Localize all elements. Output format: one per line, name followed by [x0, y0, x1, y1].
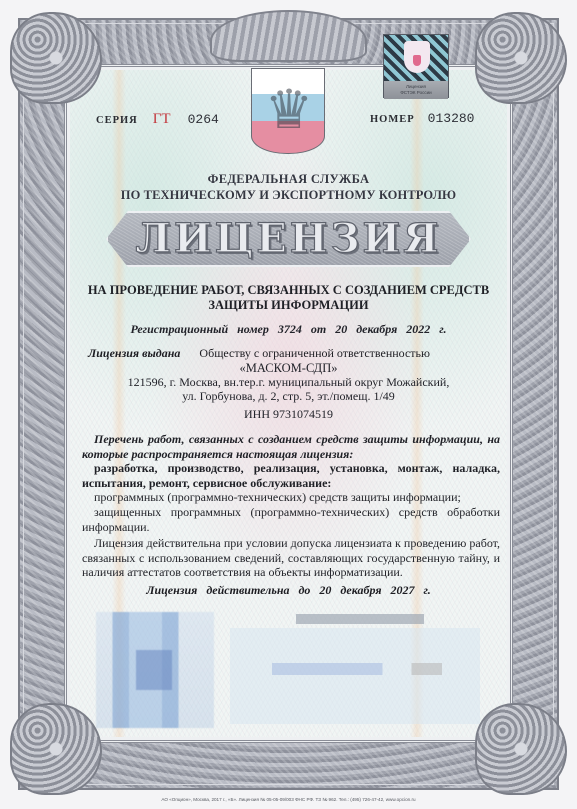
redacted-signatory-title [296, 614, 424, 624]
org-address-line2: ул. Горбунова, д. 2, стр. 5, эт./помещ. … [70, 389, 507, 404]
printer-imprint: АО «Опцион», Москва, 2017 г., «Б». Лицен… [0, 797, 577, 802]
fstec-emblem-icon [404, 41, 430, 73]
scope-item: защищенных программных (программно-техни… [82, 505, 500, 534]
hologram-caption: Лицензия ФСТЭК России [384, 81, 448, 99]
series-digits: 0264 [188, 112, 219, 127]
corner-ornament-icon [475, 12, 567, 104]
valid-until: Лицензия действительна до 20 декабря 202… [70, 583, 507, 598]
hologram-sticker: Лицензия ФСТЭК России [383, 34, 449, 98]
redacted-signatory-name [272, 663, 442, 675]
issued-to-label: Лицензия выдана [88, 346, 180, 360]
redacted-signature-area [230, 628, 480, 724]
double-headed-eagle-icon: ♛ [259, 77, 319, 143]
redacted-seal-icon [96, 612, 214, 728]
number-label: НОМЕР [370, 114, 415, 125]
license-subject-line2: ЗАЩИТЫ ИНФОРМАЦИИ [70, 298, 507, 313]
document-title: ЛИЦЕНЗИЯ [106, 211, 471, 267]
corner-ornament-icon [10, 703, 102, 795]
org-address-line1: 121596, г. Москва, вн.тер.г. муниципальн… [70, 375, 507, 390]
scope-works: разработка, производство, реализация, ус… [82, 461, 500, 490]
scope-item: программных (программно-технических) сре… [82, 490, 500, 505]
hologram-caption-line2: ФСТЭК России [384, 90, 448, 96]
license-condition: Лицензия действительна при условии допус… [82, 536, 500, 580]
hologram-pattern [384, 35, 448, 81]
series-letters: ГТ [153, 111, 171, 127]
issued-to-org-type: Обществу с ограниченной ответственностью [199, 346, 430, 360]
number-value: 013280 [428, 111, 475, 126]
org-name: «МАСКОМ-СДП» [70, 361, 507, 376]
org-inn: ИНН 9731074519 [70, 407, 507, 422]
state-emblem: ♛ [251, 68, 325, 154]
registration-number: Регистрационный номер 3724 от 20 декабря… [70, 322, 507, 337]
agency-name-line2: ПО ТЕХНИЧЕСКОМУ И ЭКСПОРТНОМУ КОНТРОЛЮ [70, 188, 507, 203]
number-field: НОМЕР 013280 [370, 111, 474, 126]
license-subject-line1: НА ПРОВЕДЕНИЕ РАБОТ, СВЯЗАННЫХ С СОЗДАНИ… [70, 283, 507, 298]
issued-to-row: Лицензия выдана Обществу с ограниченной … [88, 346, 430, 361]
corner-ornament-icon [475, 703, 567, 795]
corner-ornament-icon [10, 12, 102, 104]
scope-intro: Перечень работ, связанных с созданием ср… [82, 432, 500, 461]
series-label: СЕРИЯ [96, 115, 138, 126]
agency-name-line1: ФЕДЕРАЛЬНАЯ СЛУЖБА [70, 172, 507, 187]
series-field: СЕРИЯ ГТ 0264 [96, 111, 219, 128]
